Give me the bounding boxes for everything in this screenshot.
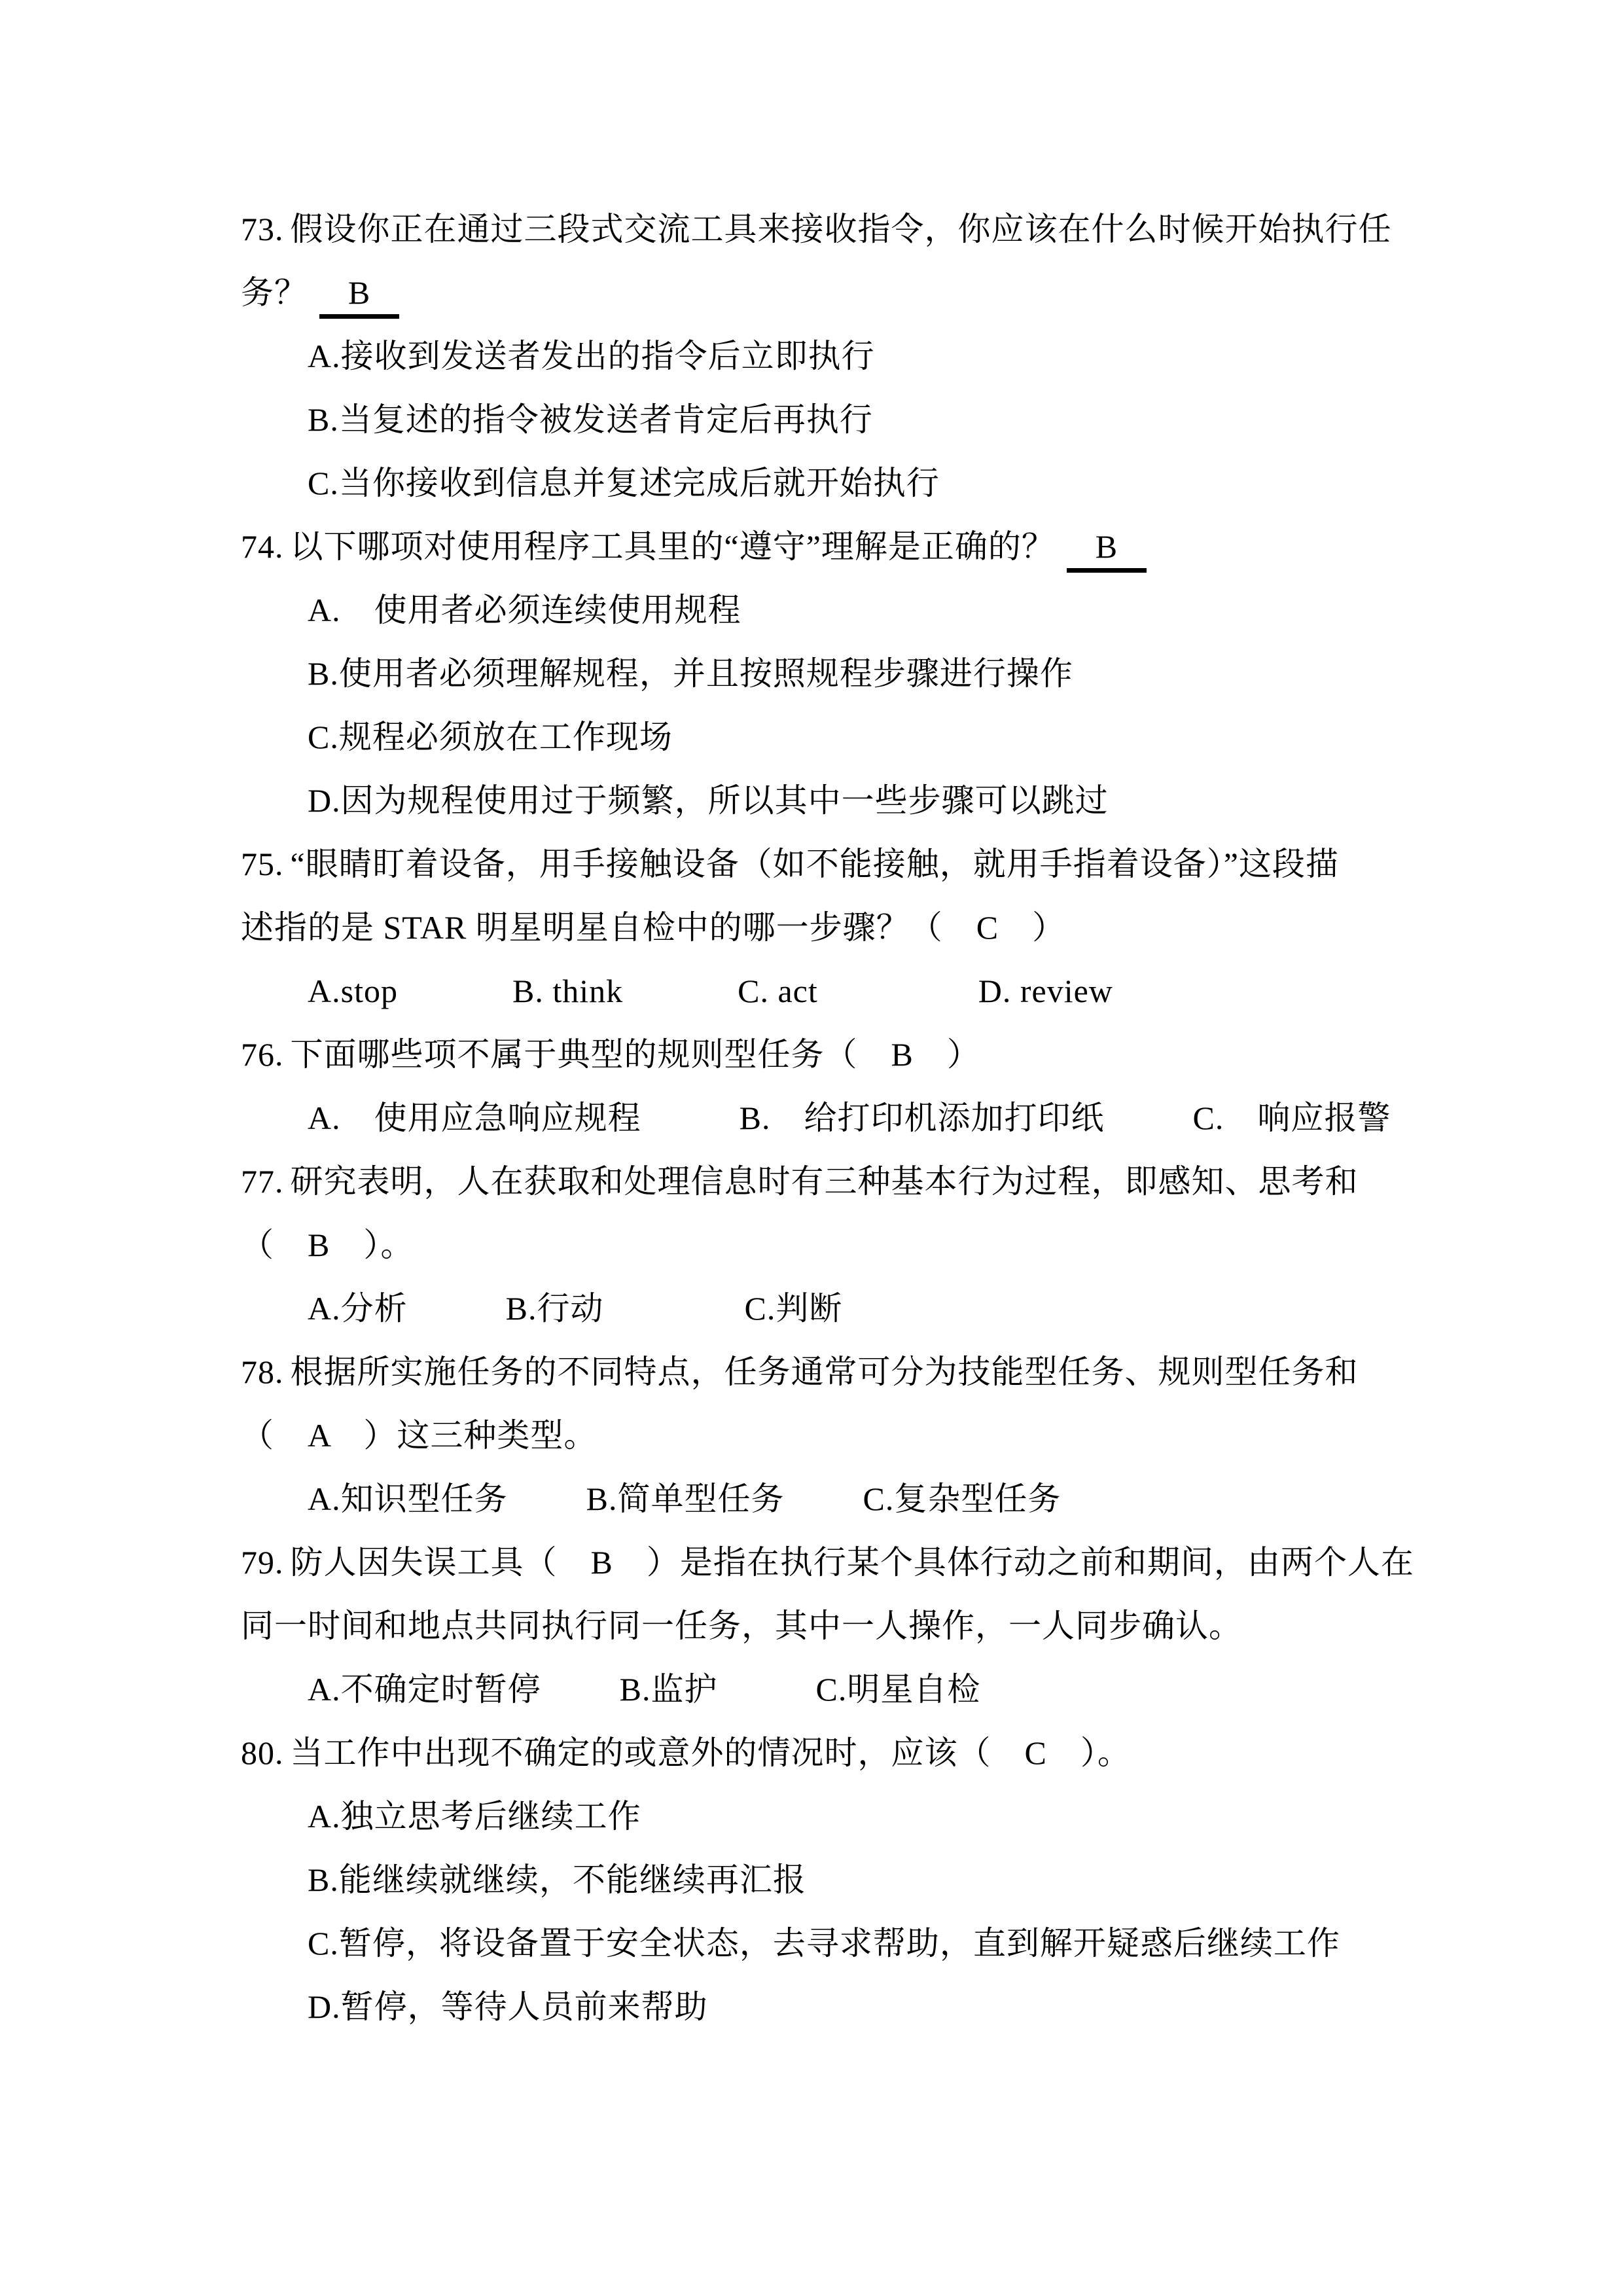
question-73: 73.假设你正在通过三段式交流工具来接收指令，你应该在什么时候开始执行任 务？B… [241, 198, 1427, 515]
question-74-option-b: B.使用者必须理解规程，并且按照规程步骤进行操作 [241, 642, 1427, 706]
option-text: A.接收到发送者发出的指令后立即执行 [308, 338, 875, 374]
question-73-option-a: A.接收到发送者发出的指令后立即执行 [241, 325, 1427, 388]
question-73-answer-blank: B [319, 274, 399, 319]
option-text: B.能继续就继续，不能继续再汇报 [308, 1861, 806, 1898]
question-77-option-a: A.分析 [308, 1290, 408, 1327]
question-76-stem-line: 76.下面哪些项不属于典型的规则型任务（ B ） [241, 1023, 1427, 1086]
question-73-stem-line-2: 务？B [241, 261, 1427, 325]
question-79-option-b: B.监护 [620, 1671, 718, 1708]
question-77: 77.研究表明，人在获取和处理信息时有三种基本行为过程，即感知、思考和 （ B … [241, 1150, 1427, 1340]
question-74-stem-text: 以下哪项对使用程序工具里的“遵守”理解是正确的？ [291, 528, 1055, 565]
question-78-stem-line-1: 78.根据所实施任务的不同特点，任务通常可分为技能型任务、规则型任务和 [241, 1340, 1427, 1404]
question-77-stem-line-2: （ B ）。 [241, 1213, 1427, 1277]
question-76: 76.下面哪些项不属于典型的规则型任务（ B ） A. 使用应急响应规程B. 给… [241, 1023, 1427, 1150]
question-78-option-a: A.知识型任务 [308, 1480, 508, 1517]
question-76-option-c: C. 响应报警 [1192, 1100, 1391, 1136]
question-78-stem-text: 根据所实施任务的不同特点，任务通常可分为技能型任务、规则型任务和 [291, 1354, 1359, 1390]
question-79-option-a: A.不确定时暂停 [308, 1671, 541, 1708]
option-text: C.暂停，将设备置于安全状态，去寻求帮助，直到解开疑惑后继续工作 [308, 1925, 1340, 1962]
question-77-options-row: A.分析B.行动C.判断 [241, 1277, 1427, 1340]
question-75-stem-continuation: 述指的是 STAR 明星明星自检中的哪一步骤？（ C ） [241, 909, 1065, 946]
question-80-stem-text: 当工作中出现不确定的或意外的情况时，应该（ C ）。 [291, 1734, 1131, 1771]
option-text: D.暂停，等待人员前来帮助 [308, 1988, 708, 2025]
question-74-stem-line: 74.以下哪项对使用程序工具里的“遵守”理解是正确的？B [241, 515, 1427, 579]
question-79-number: 79. [241, 1544, 284, 1581]
question-75-stem-line-2: 述指的是 STAR 明星明星自检中的哪一步骤？（ C ） [241, 896, 1427, 960]
question-79-options-row: A.不确定时暂停B.监护C.明星自检 [241, 1658, 1427, 1721]
question-73-option-c: C.当你接收到信息并复述完成后就开始执行 [241, 452, 1427, 515]
question-75-option-c: C. act [738, 973, 818, 1009]
question-78: 78.根据所实施任务的不同特点，任务通常可分为技能型任务、规则型任务和 （ A … [241, 1340, 1427, 1531]
question-73-stem-continuation: 务？ [241, 274, 308, 311]
question-77-stem-continuation: （ B ）。 [241, 1227, 414, 1263]
question-73-stem-line-1: 73.假设你正在通过三段式交流工具来接收指令，你应该在什么时候开始执行任 [241, 198, 1427, 261]
question-75-option-d: D. review [978, 973, 1113, 1009]
question-78-stem-continuation: （ A ）这三种类型。 [241, 1417, 597, 1454]
question-75-stem-text: “眼睛盯着设备，用手接触设备（如不能接触，就用手指着设备）”这段描 [291, 846, 1339, 882]
question-79-stem-line-1: 79.防人因失误工具（ B ）是指在执行某个具体行动之前和期间，由两个人在 [241, 1531, 1427, 1594]
question-78-option-c: C.复杂型任务 [863, 1480, 1061, 1517]
option-text: A.独立思考后继续工作 [308, 1798, 641, 1835]
question-73-number: 73. [241, 211, 284, 247]
question-79-option-c: C.明星自检 [815, 1671, 980, 1708]
question-80-option-b: B.能继续就继续，不能继续再汇报 [241, 1848, 1427, 1912]
question-75-option-b: B. think [512, 973, 623, 1009]
question-75-stem-line-1: 75.“眼睛盯着设备，用手接触设备（如不能接触，就用手指着设备）”这段描 [241, 833, 1427, 896]
question-78-number: 78. [241, 1354, 284, 1390]
question-76-option-a: A. 使用应急响应规程 [308, 1100, 641, 1136]
option-text: B.当复述的指令被发送者肯定后再执行 [308, 401, 873, 438]
question-75-option-a: A.stop [308, 973, 398, 1009]
question-80-option-d: D.暂停，等待人员前来帮助 [241, 1975, 1427, 2039]
question-77-stem-text: 研究表明，人在获取和处理信息时有三种基本行为过程，即感知、思考和 [291, 1163, 1359, 1200]
question-75: 75.“眼睛盯着设备，用手接触设备（如不能接触，就用手指着设备）”这段描 述指的… [241, 833, 1427, 1023]
option-text: B.使用者必须理解规程，并且按照规程步骤进行操作 [308, 655, 1073, 692]
option-text: D.因为规程使用过于频繁，所以其中一些步骤可以跳过 [308, 782, 1109, 819]
question-79-stem-continuation: 同一时间和地点共同执行同一任务，其中一人操作，一人同步确认。 [241, 1607, 1242, 1644]
question-76-stem-text: 下面哪些项不属于典型的规则型任务（ B ） [291, 1036, 980, 1073]
question-78-option-b: B.简单型任务 [586, 1480, 785, 1517]
option-text: C.当你接收到信息并复述完成后就开始执行 [308, 465, 940, 501]
option-text: C.规程必须放在工作现场 [308, 719, 673, 755]
question-77-stem-line-1: 77.研究表明，人在获取和处理信息时有三种基本行为过程，即感知、思考和 [241, 1150, 1427, 1213]
question-76-options-row: A. 使用应急响应规程B. 给打印机添加打印纸C. 响应报警 [241, 1086, 1427, 1150]
question-77-option-b: B.行动 [506, 1290, 604, 1327]
exam-document-page: 73.假设你正在通过三段式交流工具来接收指令，你应该在什么时候开始执行任 务？B… [0, 0, 1623, 2296]
question-76-option-b: B. 给打印机添加打印纸 [740, 1100, 1105, 1136]
question-73-option-b: B.当复述的指令被发送者肯定后再执行 [241, 388, 1427, 452]
question-80-number: 80. [241, 1734, 284, 1771]
question-74-number: 74. [241, 528, 284, 565]
question-80-stem-line: 80.当工作中出现不确定的或意外的情况时，应该（ C ）。 [241, 1721, 1427, 1785]
question-74-option-a: A. 使用者必须连续使用规程 [241, 579, 1427, 642]
question-80-option-a: A.独立思考后继续工作 [241, 1785, 1427, 1848]
question-80: 80.当工作中出现不确定的或意外的情况时，应该（ C ）。 A.独立思考后继续工… [241, 1721, 1427, 2039]
question-73-stem-text: 假设你正在通过三段式交流工具来接收指令，你应该在什么时候开始执行任 [291, 211, 1392, 247]
question-74-answer-blank: B [1067, 528, 1147, 573]
question-79: 79.防人因失误工具（ B ）是指在执行某个具体行动之前和期间，由两个人在 同一… [241, 1531, 1427, 1721]
question-77-option-c: C.判断 [744, 1290, 842, 1327]
question-78-stem-line-2: （ A ）这三种类型。 [241, 1404, 1427, 1467]
question-79-stem-line-2: 同一时间和地点共同执行同一任务，其中一人操作，一人同步确认。 [241, 1594, 1427, 1658]
question-79-stem-text: 防人因失误工具（ B ）是指在执行某个具体行动之前和期间，由两个人在 [291, 1544, 1414, 1581]
question-76-number: 76. [241, 1036, 284, 1073]
question-74-option-d: D.因为规程使用过于频繁，所以其中一些步骤可以跳过 [241, 769, 1427, 833]
question-80-option-c: C.暂停，将设备置于安全状态，去寻求帮助，直到解开疑惑后继续工作 [241, 1912, 1427, 1975]
option-text: A. 使用者必须连续使用规程 [308, 592, 741, 628]
question-78-options-row: A.知识型任务B.简单型任务C.复杂型任务 [241, 1467, 1427, 1531]
question-74-option-c: C.规程必须放在工作现场 [241, 706, 1427, 769]
question-74: 74.以下哪项对使用程序工具里的“遵守”理解是正确的？B A. 使用者必须连续使… [241, 515, 1427, 833]
question-75-number: 75. [241, 846, 284, 882]
question-75-options-row: A.stopB. thinkC. actD. review [241, 960, 1427, 1023]
question-77-number: 77. [241, 1163, 284, 1200]
